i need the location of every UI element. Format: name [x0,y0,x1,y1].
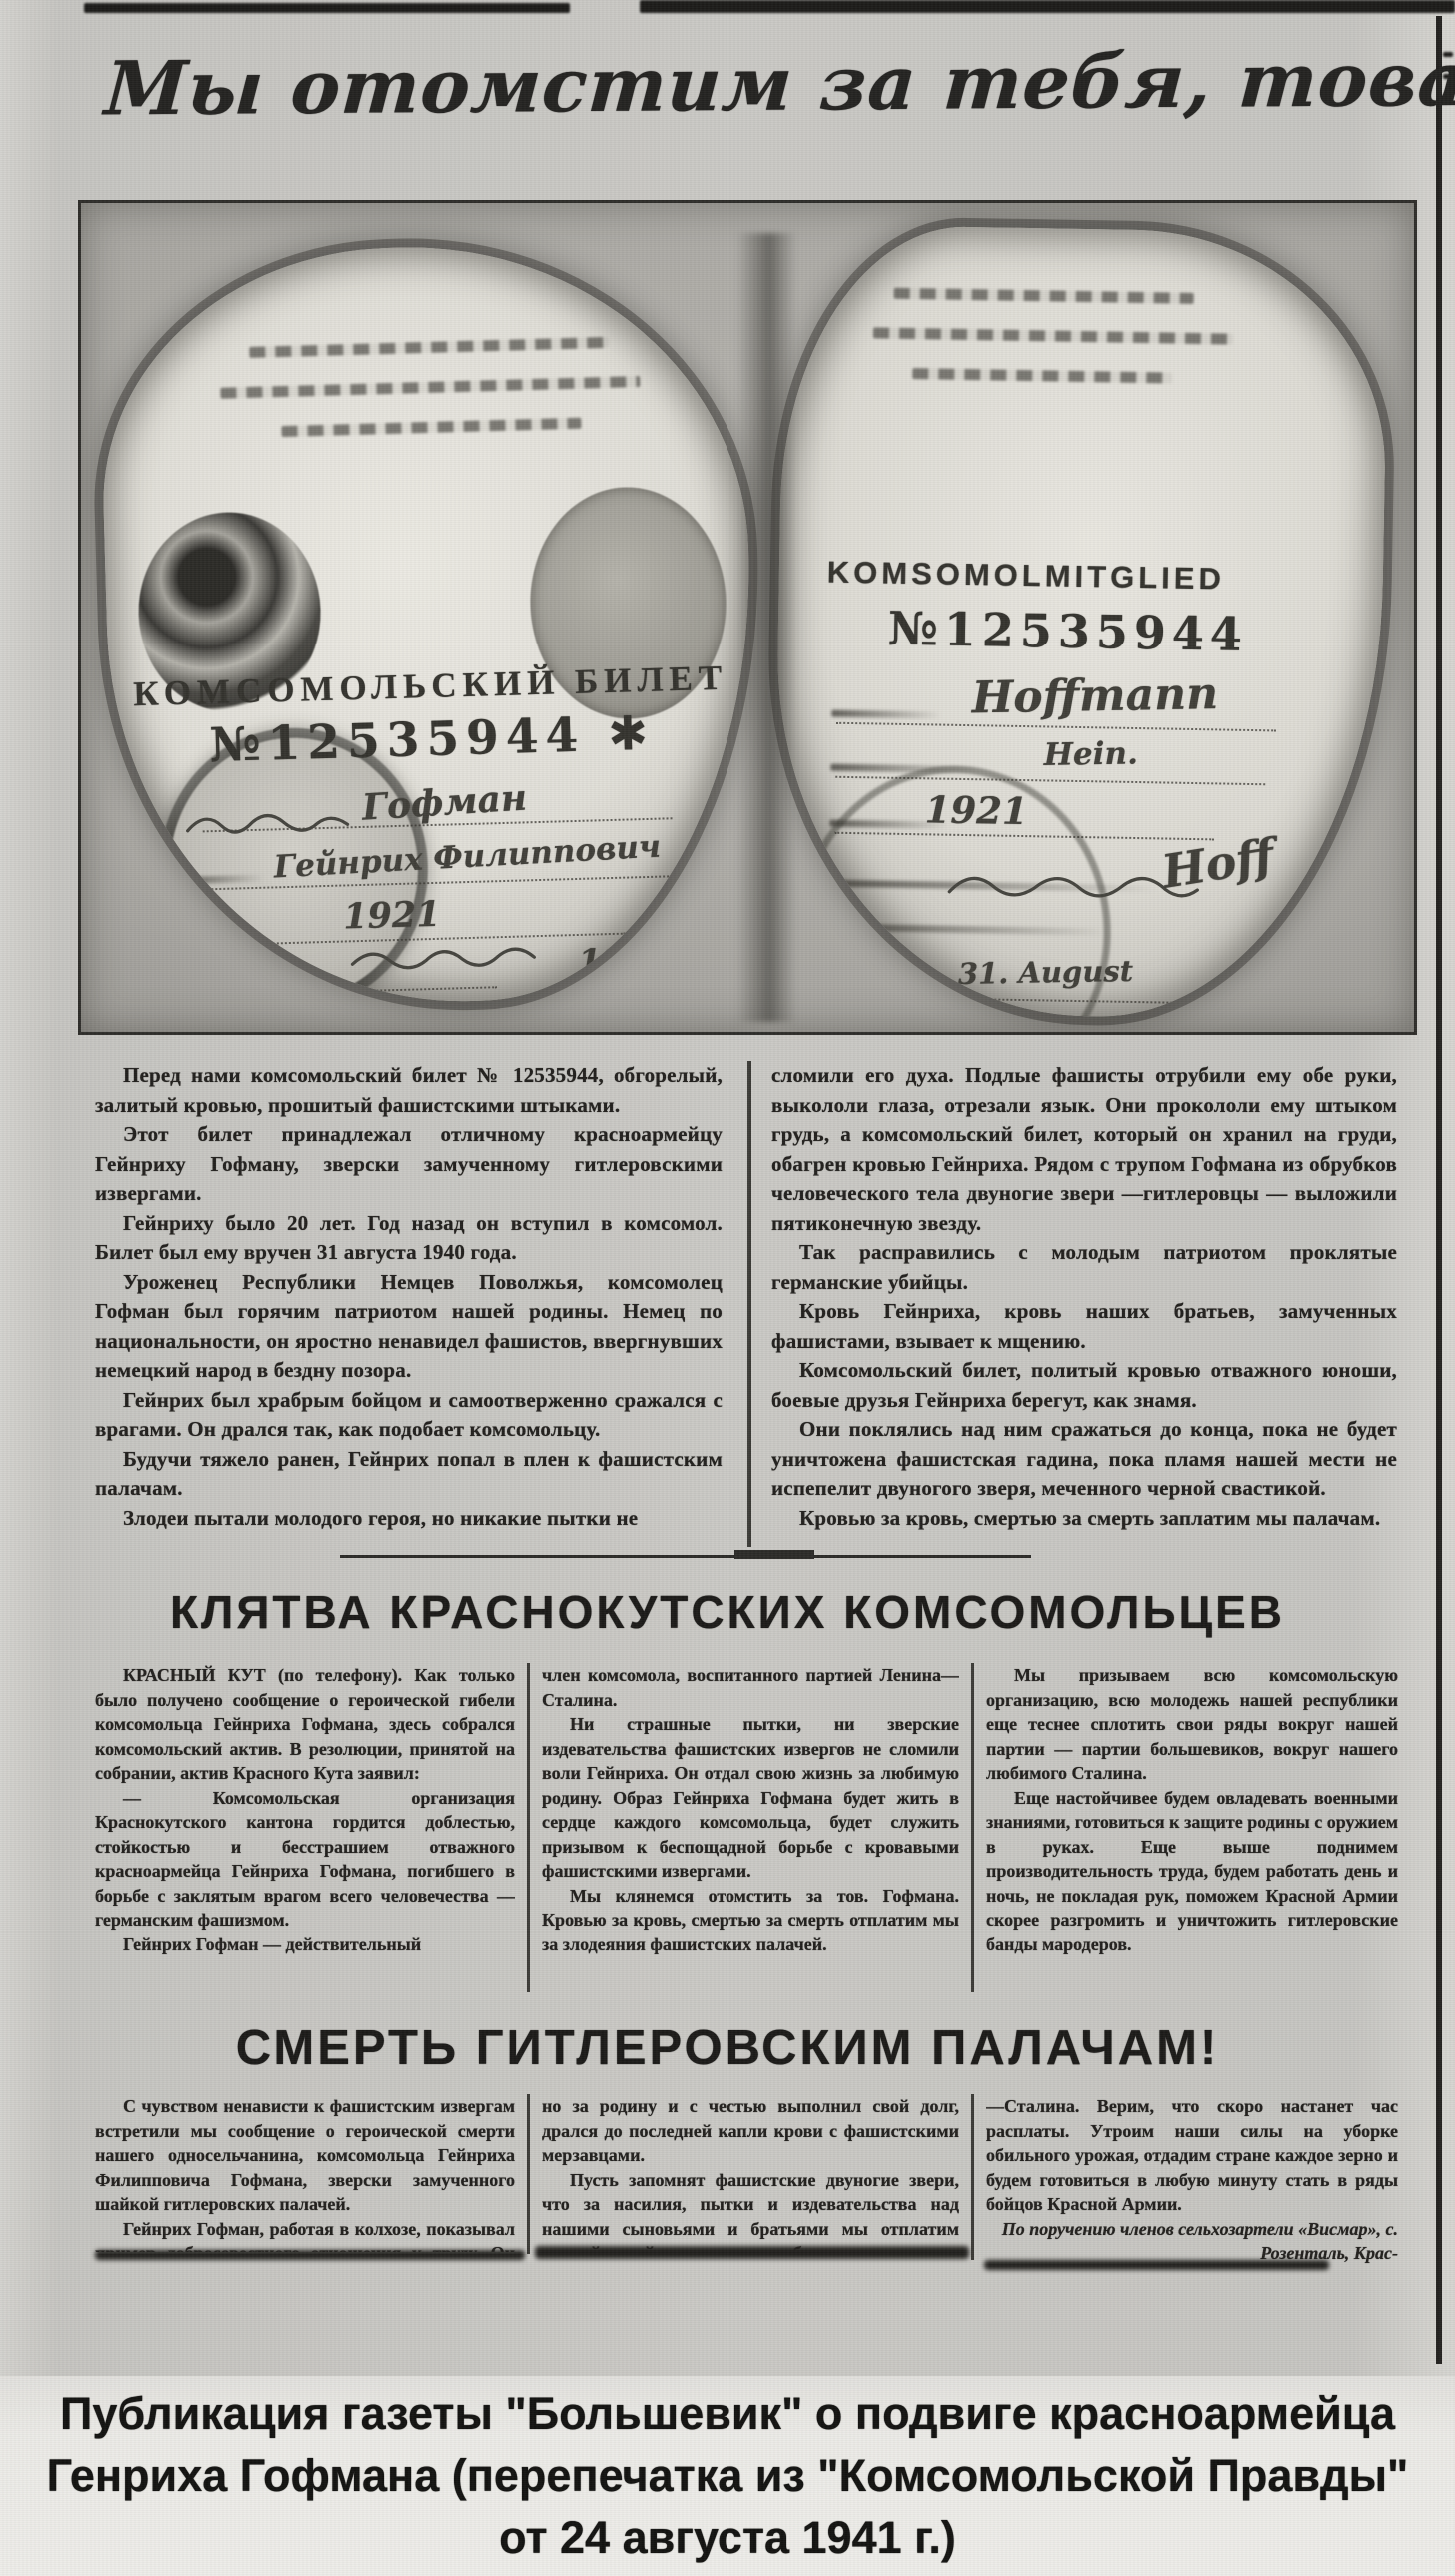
card-right-label [831,710,941,719]
column-rule [527,2094,530,2254]
paragraph: Гейнрих Гофман, работая в колхозе, показ… [95,2217,515,2253]
paragraph: Мы призываем всю комсомольскую организац… [986,1663,1398,1786]
paragraph: Комсомольский билет, политый кровью отва… [771,1356,1397,1415]
death-column-2: но за родину и с честью выполнил свой до… [542,2094,959,2250]
paragraph: — Комсомольская организация Краснокутско… [95,1786,515,1932]
section-divider-thick [734,1550,814,1559]
death-headline: СМЕРТЬ ГИТЛЕРОВСКИМ ПАЛАЧАМ! [0,2020,1455,2076]
paragraph: Еще настойчивее будем овладевать военным… [986,1786,1398,1957]
paragraph: но за родину и с честью выполнил свой до… [542,2094,959,2168]
page-title: Мы отомстим за тебя, товарищ! [102,38,1366,133]
card-right-faded-text [912,368,1172,384]
paragraph: Мы клянемся отомстить за тов. Гофмана. К… [542,1884,959,1957]
paragraph: член комсомола, воспитанного партией Лен… [542,1663,959,1712]
scan-artifact-top-band-left [84,3,570,13]
intro-article-left-column: Перед нами комсомольский билет № 1253594… [95,1061,723,1547]
card-left-birth-year: 1921 [343,894,442,938]
paragraph: Гейнриху было 20 лет. Год назад он вступ… [95,1209,723,1268]
paragraph: Кровь Гейнриха, кровь наших братьев, зам… [771,1297,1397,1356]
paragraph: КРАСНЫЙ КУТ (по телефону). Как только бы… [95,1663,515,1786]
handwriting-squiggle [346,935,557,977]
paragraph: Будучи тяжело ранен, Гейнрих попал в пле… [95,1445,723,1504]
death-column-1: С чувством ненависти к фашистским изверг… [95,2094,515,2252]
intro-article-right-column: сломили его духа. Подлые фашисты отрубил… [771,1061,1397,1547]
card-left-page: КОМСОМОЛЬСКИЙ БИЛЕТ №12535944 ✱ Гофман Г… [97,238,761,1011]
paragraph: Так расправились с молодым патриотом про… [771,1238,1397,1297]
newspaper-scan-page: Мы отомстим за тебя, товарищ! КОМСОМОЛЬС… [0,0,1455,2576]
column-rule [971,1663,974,1992]
column-rule [971,2094,974,2260]
card-right-page: KOMSOMOLMITGLIED №12535944 Hoffmann Hein… [771,224,1389,1021]
card-right-first-name: Hein. [1043,735,1138,773]
paragraph: Этот билет принадлежал отличному красноа… [95,1120,723,1209]
scan-artifact-top-band-right [640,0,1455,13]
scan-artifact-bottom-smear [984,2260,1329,2270]
card-left-faded-text [281,418,581,437]
card-left-faded-text [220,376,640,399]
card-left-join-year: 1940 [578,939,671,981]
column-rule [527,1663,530,1992]
paragraph: сломили его духа. Подлые фашисты отрубил… [771,1061,1397,1238]
column-rule [747,1061,751,1547]
oath-column-3: Мы призываем всю комсомольскую организац… [986,1663,1398,1992]
paragraph: Злодеи пытали молодого героя, но никакие… [95,1504,723,1534]
card-left-signature: Hoffmann [295,1004,522,1011]
scan-artifact-right-edge-line [1436,16,1442,2364]
paragraph: Гейнрих был храбрым бойцом и самоотверже… [95,1386,723,1445]
card-right-surname: Hoffmann [971,668,1218,723]
oath-column-2: член комсомола, воспитанного партией Лен… [542,1663,959,1992]
card-right-issue-day: 31. August [958,954,1134,991]
paragraph: Кровью за кровь, смертью за смерть запла… [771,1504,1397,1534]
card-right-number: №12535944 [887,602,1248,661]
oath-column-1: КРАСНЫЙ КУТ (по телефону). Как только бы… [95,1663,515,1992]
paragraph: С чувством ненависти к фашистским изверг… [95,2094,515,2217]
signature-line: По поручению членов сельхозартели «Висма… [986,2217,1398,2265]
card-left-faded-text [249,337,609,358]
paragraph: Перед нами комсомольский билет № 1253594… [95,1061,723,1120]
oath-headline: КЛЯТВА КРАСНОКУТСКИХ КОМСОМОЛЬЦЕВ [0,1585,1455,1639]
scan-artifact-bottom-smear [535,2246,969,2259]
paragraph: Ни страшные пытки, ни зверские издевател… [542,1712,959,1884]
card-right-header: KOMSOMOLMITGLIED [827,555,1226,598]
paragraph: Пусть запомнят фашистские двуногие звери… [542,2168,959,2251]
card-left-number: №12535944 ✱ [110,703,754,776]
card-rule-line [836,722,1276,732]
handwriting-squiggle [182,798,353,843]
paragraph: Они поклялись над ним сражаться до конца… [771,1415,1397,1504]
paragraph: Гейнрих Гофман — действительный [95,1932,515,1957]
paragraph: —Сталина. Верим, что скоро настанет час … [986,2094,1398,2217]
card-fold-shadow [736,233,796,1022]
caption-line-2: Генриха Гофмана (перепечатка из "Комсомо… [0,2450,1455,2502]
section-divider [340,1555,1031,1558]
caption-line-1: Публикация газеты "Большевик" о подвиге … [0,2388,1455,2440]
card-right-issue-year: 40 [1320,956,1358,988]
death-column-3: —Сталина. Верим, что скоро настанет час … [986,2094,1398,2264]
card-right-faded-text [894,288,1194,304]
card-right-faded-text [873,327,1233,344]
komsomol-card-photo: КОМСОМОЛЬСКИЙ БИЛЕТ №12535944 ✱ Гофман Г… [78,200,1417,1035]
scan-artifact-bottom-smear [95,2250,525,2260]
card-left-surname: Гофман [361,776,528,828]
paragraph: Уроженец Республики Немцев Поволжья, ком… [95,1268,723,1386]
caption-line-3: от 24 августа 1941 г.) [0,2512,1455,2564]
